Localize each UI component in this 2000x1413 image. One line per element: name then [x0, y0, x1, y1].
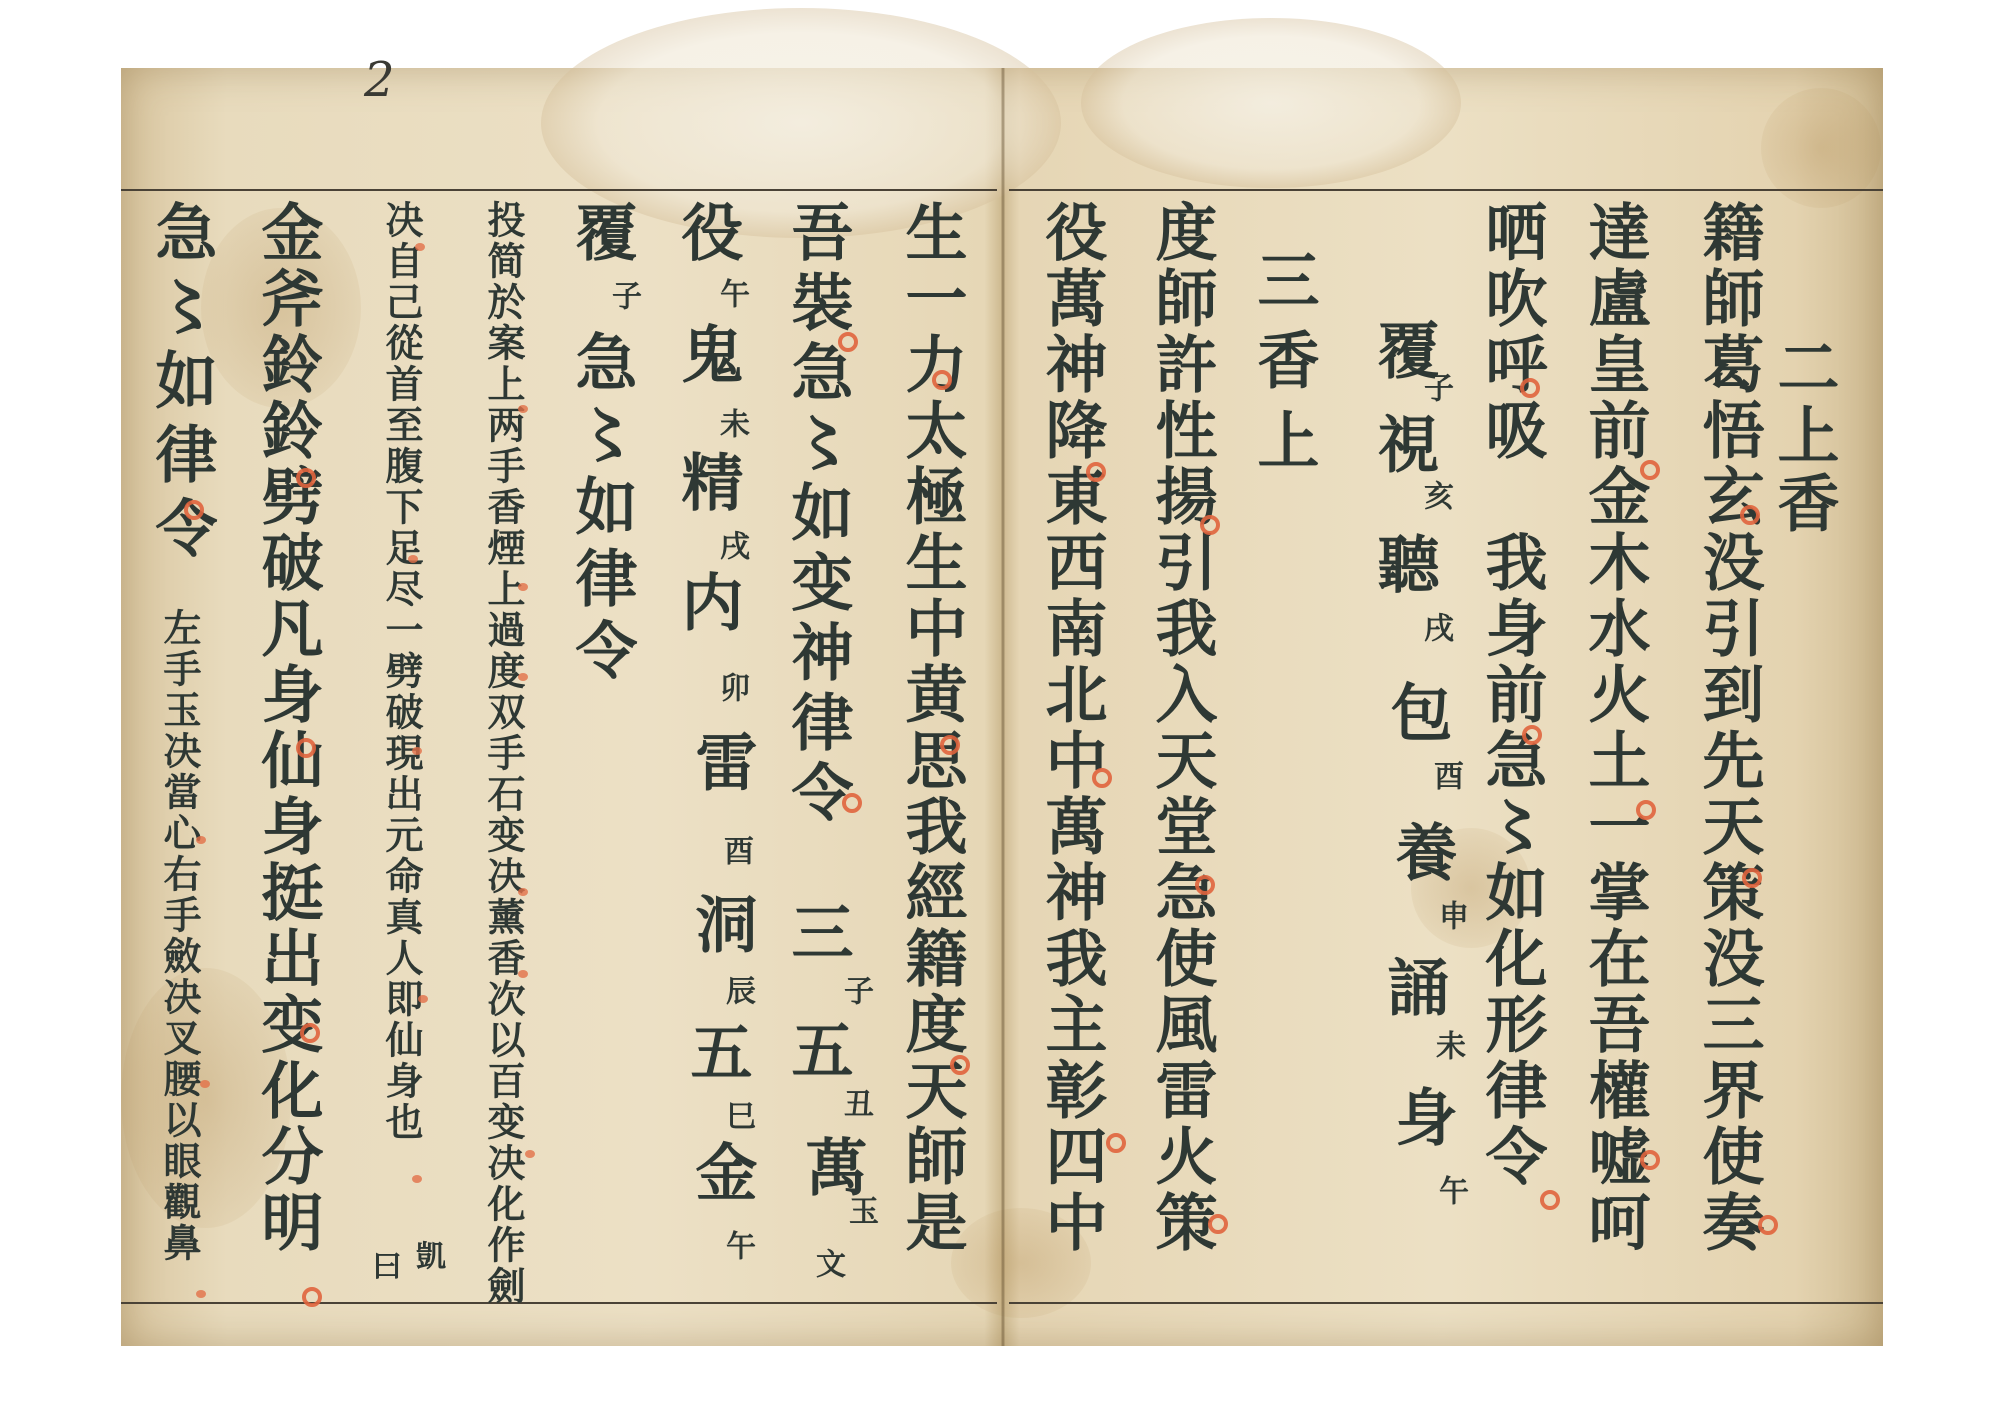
red-punctuation-circle	[1640, 460, 1660, 480]
red-punctuation-circle	[296, 738, 316, 758]
main-char: 包	[1385, 680, 1447, 748]
red-punctuation-circle	[1520, 378, 1540, 398]
branch-char: 亥	[1420, 480, 1450, 516]
right-column-6: 度師許性揚引我入天堂急使風雷火策	[1150, 200, 1212, 1256]
bottom-border-rule-left	[121, 1302, 997, 1304]
red-punctuation-circle	[838, 332, 858, 352]
right-column-7: 役萬神降東西南北中萬神我主彰四中	[1040, 200, 1102, 1256]
branch-char: 子	[1420, 372, 1450, 408]
main-char: 役	[676, 200, 738, 268]
red-punctuation-circle	[1086, 462, 1106, 482]
red-punctuation-circle	[1540, 1190, 1560, 1210]
branch-char: 酉	[720, 835, 750, 871]
red-punctuation-circle	[300, 1023, 320, 1043]
bottom-border-rule-right	[1009, 1302, 1883, 1304]
branch-char: 辰	[722, 975, 752, 1011]
red-tick-mark	[518, 583, 528, 591]
main-char: 五	[786, 1018, 848, 1086]
branch-char: 戌	[1420, 612, 1450, 648]
red-punctuation-circle	[1522, 725, 1542, 745]
branch-char: 子	[608, 280, 638, 316]
main-char: 視	[1372, 412, 1434, 480]
main-char: 急〻如律令	[570, 330, 632, 690]
red-tick-mark	[518, 888, 528, 896]
red-punctuation-circle	[1106, 1133, 1126, 1153]
main-char: 五	[685, 1020, 747, 1088]
right-column-2: 達盧皇前金木水火土一掌在吾權嘘呵	[1583, 200, 1645, 1256]
red-tick-mark	[408, 555, 418, 563]
red-punctuation-circle	[1200, 515, 1220, 535]
red-punctuation-circle	[1092, 768, 1112, 788]
main-char: 三	[786, 900, 848, 968]
branch-char: 午	[722, 1230, 752, 1266]
branch-char: 未	[716, 408, 746, 444]
branch-char: 卯	[716, 672, 746, 708]
left-note-column-6: 决自己從首至腹下足尽一劈破現出元命真人即仙身也	[382, 200, 420, 1143]
main-char: 覆	[570, 200, 632, 268]
red-punctuation-circle	[1636, 800, 1656, 820]
branch-char: 丑	[840, 1088, 870, 1124]
top-border-rule-right	[1009, 189, 1883, 191]
left-column-8: 金斧鈴鈴劈破凡身仙身挺出变化分明	[256, 200, 318, 1256]
red-punctuation-circle	[1195, 875, 1215, 895]
main-char: 精	[676, 450, 738, 518]
red-tick-mark	[200, 1080, 210, 1088]
branch-char: 文	[812, 1248, 842, 1284]
left-note-column-10: 左手玉决當心右手斂决叉腰以眼觀鼻	[160, 608, 198, 1264]
right-column-3: 哂吹呼吸𠷉我身前急〻如化形律令	[1480, 200, 1542, 1190]
red-punctuation-circle	[940, 735, 960, 755]
red-punctuation-circle	[1758, 1215, 1778, 1235]
right-heading-er-shang-xiang: 二上香	[1772, 335, 1834, 539]
branch-char: 子	[840, 975, 870, 1011]
main-char: 養	[1390, 820, 1452, 888]
red-punctuation-circle	[1740, 505, 1760, 525]
red-tick-mark	[412, 1175, 422, 1183]
right-column-1: 籍師葛悟玄没引到先天策没三界使奏	[1697, 200, 1759, 1256]
top-border-rule-left	[121, 189, 997, 191]
main-char: 鬼	[676, 322, 738, 390]
note-char-kai: 凱	[412, 1240, 442, 1276]
red-tick-mark	[525, 1150, 535, 1158]
branch-char: 未	[1432, 1030, 1462, 1066]
red-tick-mark	[518, 673, 528, 681]
red-punctuation-circle	[950, 1055, 970, 1075]
water-stain-top-right	[1081, 18, 1461, 188]
red-tick-mark	[415, 243, 425, 251]
red-tick-mark	[518, 405, 528, 413]
left-note-column-5: 投简於案上两手香煙上過度双手石变决薰香次以百变决化作劍	[484, 200, 522, 1307]
red-tick-mark	[418, 995, 428, 1003]
main-char: 内	[676, 570, 738, 638]
red-punctuation-circle	[184, 500, 204, 520]
branch-char: 玉	[845, 1195, 875, 1231]
main-char: 身	[1390, 1085, 1452, 1153]
red-tick-mark	[518, 970, 528, 978]
main-char: 洞	[690, 892, 752, 960]
note-char-yue: 曰	[368, 1250, 398, 1286]
red-tick-mark	[412, 747, 422, 755]
red-punctuation-circle	[296, 468, 316, 488]
main-char: 聽	[1372, 532, 1434, 600]
branch-char: 申	[1435, 900, 1465, 936]
red-tick-mark	[196, 1290, 206, 1298]
page-number-mark: 2	[364, 52, 395, 108]
red-punctuation-circle	[1640, 1150, 1660, 1170]
book-spine	[1001, 68, 1005, 1346]
branch-char: 巳	[722, 1100, 752, 1136]
branch-char: 酉	[1430, 760, 1460, 796]
right-heading-san-xiang-shang: 三香上	[1252, 248, 1314, 488]
red-tick-mark	[196, 836, 206, 844]
branch-char: 午	[716, 278, 746, 314]
main-char: 萬	[800, 1135, 862, 1203]
branch-char: 戌	[716, 530, 746, 566]
branch-char: 午	[1435, 1175, 1465, 1211]
left-column-2-upper: 吾裝急〻如变神律令	[786, 200, 848, 830]
red-punctuation-circle	[302, 1287, 322, 1307]
main-char: 雷	[690, 730, 752, 798]
main-char: 誦	[1382, 955, 1444, 1023]
red-punctuation-circle	[932, 370, 952, 390]
left-column-1: 生一力太極生中黄思我經籍度天師是	[900, 200, 962, 1256]
red-punctuation-circle	[842, 793, 862, 813]
red-punctuation-circle	[1208, 1214, 1228, 1234]
red-punctuation-circle	[1742, 868, 1762, 888]
main-char: 金	[690, 1140, 752, 1208]
